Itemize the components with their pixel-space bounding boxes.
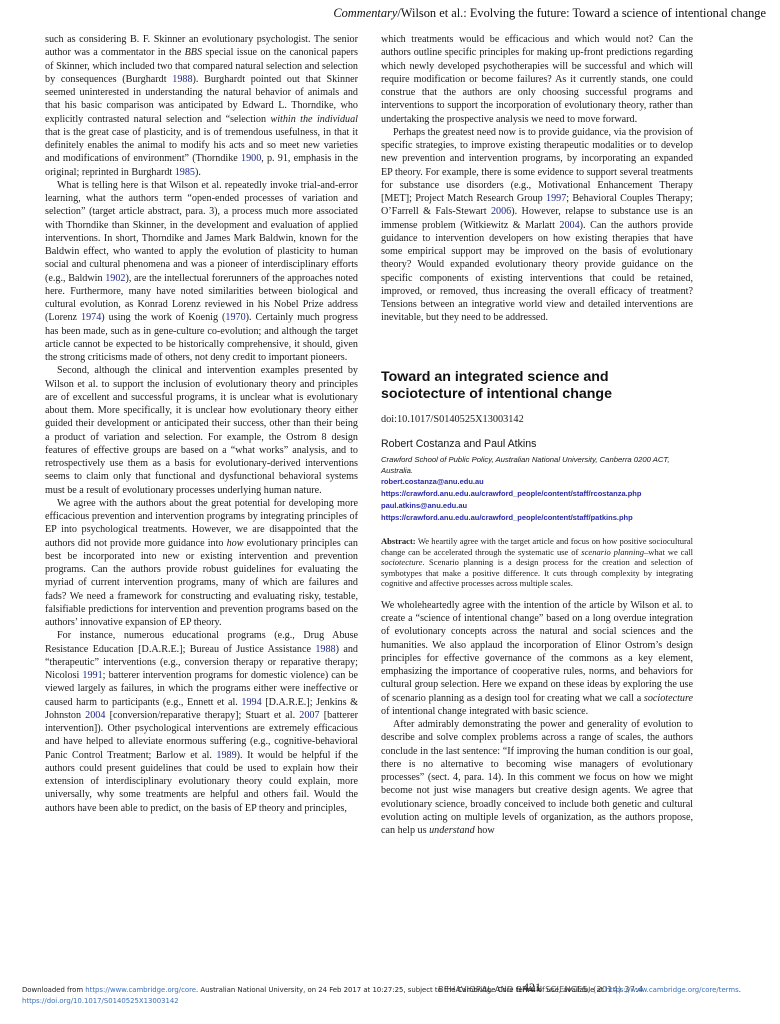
authors: Robert Costanza and Paul Atkins bbox=[381, 438, 693, 451]
text: ) using the work of Koenig ( bbox=[101, 312, 225, 323]
doi: doi:10.1017/S0140525X13003142 bbox=[381, 413, 693, 426]
email-link-atkins[interactable]: paul.atkins@anu.edu.au bbox=[381, 500, 693, 512]
paragraph: We agree with the authors about the grea… bbox=[45, 497, 358, 630]
text: ). Can the authors provide guidance to i… bbox=[381, 220, 693, 324]
text: Downloaded from bbox=[22, 986, 85, 994]
citation-link[interactable]: 2007 bbox=[299, 710, 319, 721]
affiliation: Crawford School of Public Policy, Austra… bbox=[381, 454, 693, 476]
terms-link[interactable]: https://www.cambridge.org/core/terms bbox=[606, 986, 739, 994]
paragraph: After admirably demonstrating the power … bbox=[381, 718, 693, 837]
paragraph: For instance, numerous educational progr… bbox=[45, 629, 358, 815]
text: . bbox=[739, 986, 741, 994]
running-head-section: Commentary bbox=[333, 6, 397, 20]
paragraph: which treatments would be efficacious an… bbox=[381, 33, 693, 126]
text: After admirably demonstrating the power … bbox=[381, 719, 693, 836]
text: . Scenario planning is a design process … bbox=[381, 557, 693, 588]
emphasis: sociotecture bbox=[644, 693, 693, 704]
text: ). bbox=[195, 167, 201, 178]
text: We wholeheartedly agree with the intenti… bbox=[381, 600, 693, 704]
homepage-link-atkins[interactable]: https://crawford.anu.edu.au/crawford_peo… bbox=[381, 512, 693, 524]
cambridge-core-link[interactable]: https://www.cambridge.org/core bbox=[85, 986, 196, 994]
citation-link[interactable]: 1989 bbox=[216, 750, 236, 761]
paragraph: We wholeheartedly agree with the intenti… bbox=[381, 599, 693, 718]
paragraph: such as considering B. F. Skinner an evo… bbox=[45, 33, 358, 179]
paragraph: Second, although the clinical and interv… bbox=[45, 364, 358, 497]
citation-link[interactable]: 1994 bbox=[241, 697, 261, 708]
emphasis: sociotecture bbox=[381, 557, 422, 567]
text: –what we call bbox=[644, 547, 693, 557]
citation-link[interactable]: 1985 bbox=[175, 167, 195, 178]
text: evolutionary principles can best be inco… bbox=[45, 538, 358, 629]
text: of intentional change integrated with ba… bbox=[381, 706, 588, 717]
emphasis: scenario planning bbox=[581, 547, 644, 557]
text: how bbox=[475, 825, 495, 836]
text: For instance, numerous educational progr… bbox=[45, 630, 358, 654]
citation-link[interactable]: 1988 bbox=[315, 644, 335, 655]
citation-link[interactable]: 2006 bbox=[491, 206, 511, 217]
citation-link[interactable]: 1988 bbox=[172, 74, 192, 85]
citation-link[interactable]: 1997 bbox=[546, 193, 566, 204]
text: . Australian National University, on 24 … bbox=[196, 986, 606, 994]
section-spacer bbox=[381, 325, 693, 369]
homepage-link-costanza[interactable]: https://crawford.anu.edu.au/crawford_peo… bbox=[381, 488, 693, 500]
citation-link[interactable]: 1974 bbox=[81, 312, 101, 323]
citation-link[interactable]: 1991 bbox=[82, 670, 102, 681]
emphasis: understand bbox=[429, 825, 475, 836]
citation-link[interactable]: 1902 bbox=[105, 273, 125, 284]
journal-abbrev: BBS bbox=[185, 47, 202, 58]
citation-link[interactable]: 1970 bbox=[225, 312, 245, 323]
right-column: which treatments would be efficacious an… bbox=[381, 33, 693, 837]
citation-link[interactable]: 2004 bbox=[85, 710, 105, 721]
paragraph: What is telling here is that Wilson et a… bbox=[45, 179, 358, 365]
emphasis: within the individual bbox=[270, 114, 358, 125]
citation-link[interactable]: 1900 bbox=[241, 153, 261, 164]
abstract-label: Abstract: bbox=[381, 536, 416, 546]
doi-link[interactable]: https://doi.org/10.1017/S0140525X1300314… bbox=[22, 997, 179, 1005]
email-link-costanza[interactable]: robert.costanza@anu.edu.au bbox=[381, 476, 693, 488]
download-notice: Downloaded from https://www.cambridge.or… bbox=[22, 986, 741, 994]
text: [conversion/reparative therapy]; Stuart … bbox=[105, 710, 299, 721]
paragraph: Perhaps the greatest need now is to prov… bbox=[381, 126, 693, 325]
running-head: Commentary/Wilson et al.: Evolving the f… bbox=[333, 6, 766, 21]
running-head-title: /Wilson et al.: Evolving the future: Tow… bbox=[397, 6, 766, 20]
citation-link[interactable]: 2004 bbox=[559, 220, 579, 231]
emphasis: how bbox=[227, 538, 244, 549]
section-title: Toward an integrated science and sociote… bbox=[381, 369, 693, 403]
left-column: such as considering B. F. Skinner an evo… bbox=[45, 33, 358, 815]
abstract: Abstract: We heartily agree with the tar… bbox=[381, 536, 693, 589]
text: What is telling here is that Wilson et a… bbox=[45, 180, 358, 284]
